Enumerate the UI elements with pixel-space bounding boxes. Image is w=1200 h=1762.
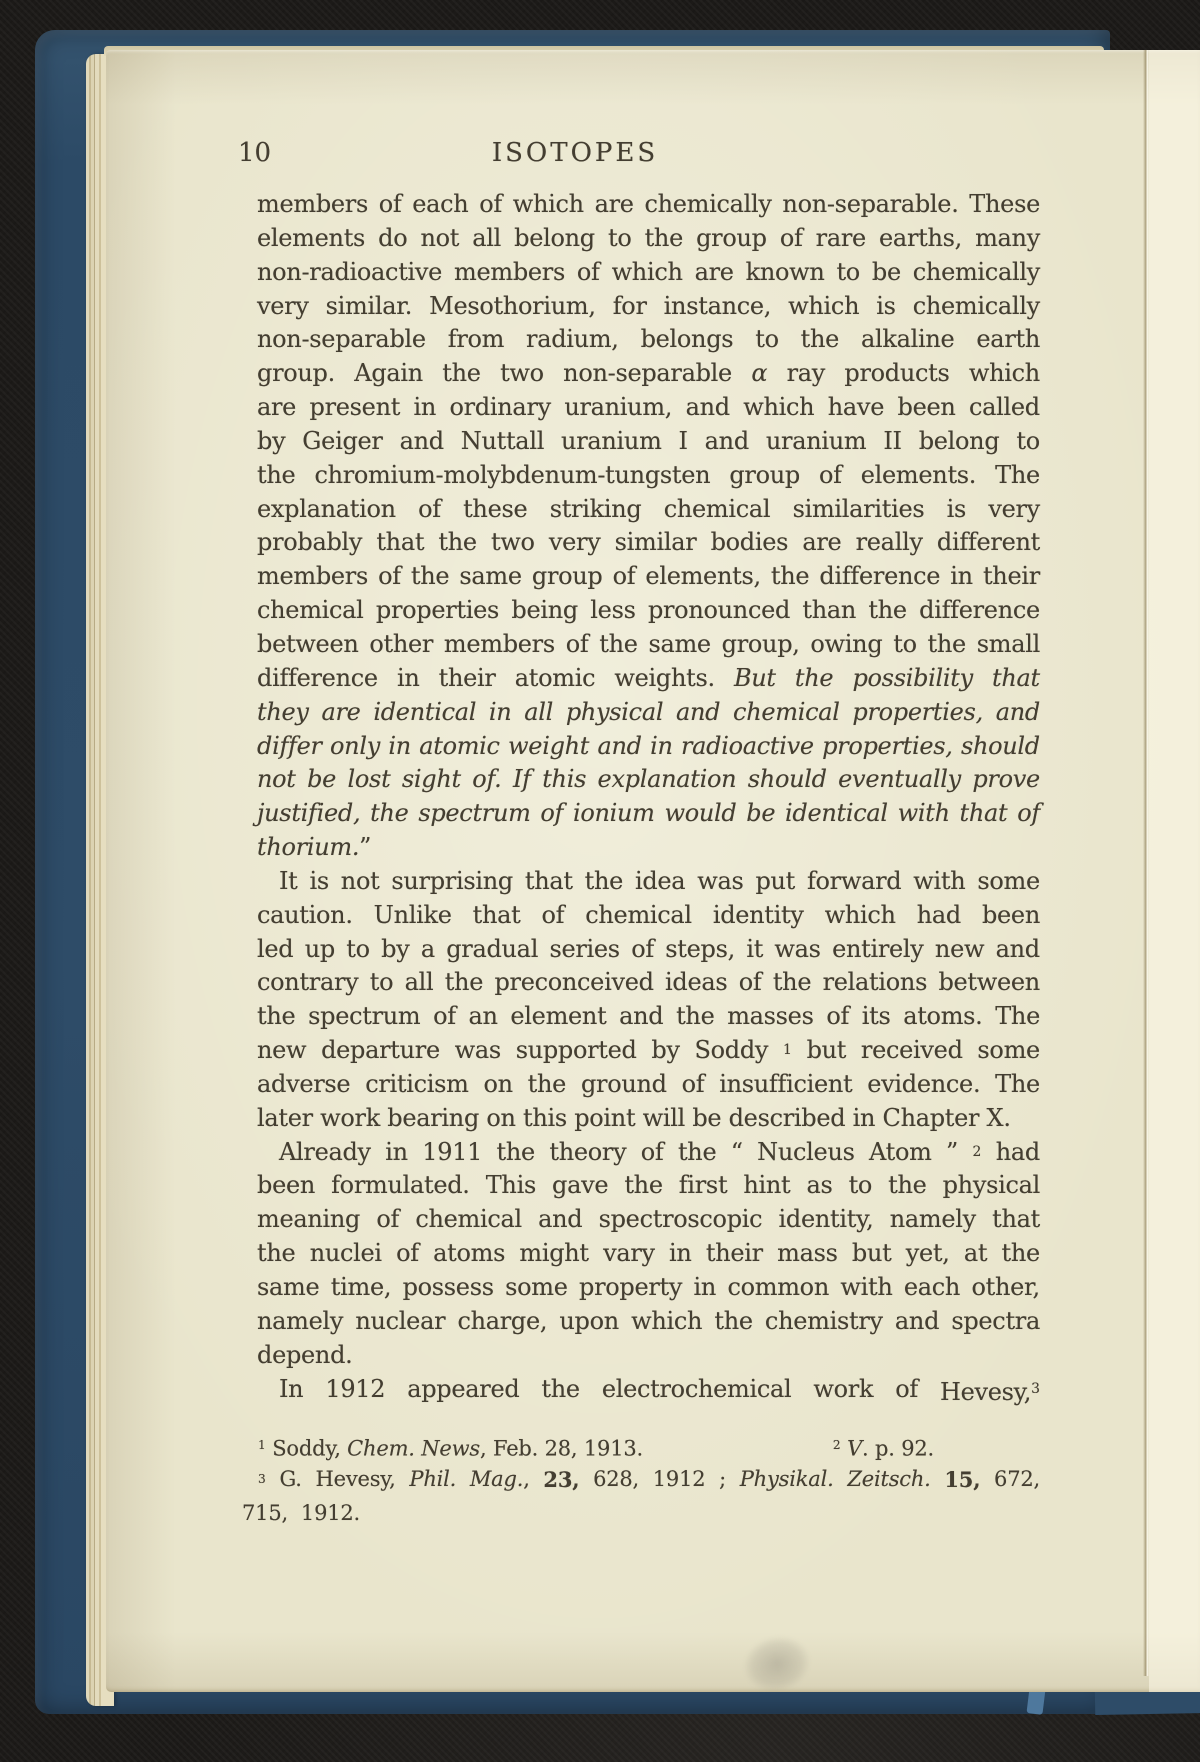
- paragraph: In1912appearedtheelectrochemicalworkofHe…: [257, 1373, 1040, 1407]
- text-line: notbelostsightof.Ifthisexplanationshould…: [257, 763, 1040, 797]
- running-title: ISOTOPES: [415, 136, 735, 170]
- text-line: verysimilar.Mesothorium,forinstance,whic…: [257, 290, 1040, 324]
- text-line: 3G.Hevesy,Phil.Mag.,23,628,1912;Physikal…: [242, 1463, 1040, 1497]
- text-line: caution.Unlikethatofchemicalidentitywhic…: [257, 899, 1040, 933]
- text-line: membersofeachofwhicharechemicallynon-sep…: [257, 188, 1040, 222]
- footnote-line: 1 Soddy, Chem. News, Feb. 28, 1913.2 V. …: [242, 1429, 1040, 1463]
- text-line: byGeigerandNuttalluraniumIanduraniumIIbe…: [257, 425, 1040, 459]
- text-line: newdeparturewassupportedbySoddy1butrecei…: [257, 1034, 1040, 1068]
- text-line: differenceintheiratomicweights.Butthepos…: [257, 662, 1040, 696]
- text-line: later work bearing on this point will be…: [257, 1102, 1040, 1136]
- paragraph: membersofeachofwhicharechemicallynon-sep…: [257, 188, 1040, 865]
- text-line: thorium.”: [257, 831, 1040, 865]
- text-line: namelynuclearcharge,uponwhichthechemistr…: [257, 1305, 1040, 1339]
- text-line: thechromium-molybdenum-tungstengroupofel…: [257, 459, 1040, 493]
- text-line: contrarytoallthepreconceivedideasofthere…: [257, 966, 1040, 1000]
- text-line: theyareidenticalinallphysicalandchemical…: [257, 696, 1040, 730]
- page-number: 10: [238, 136, 271, 170]
- text-line: beenformulated.Thisgavethefirsthintastot…: [257, 1169, 1040, 1203]
- text-line: explanationofthesestrikingchemicalsimila…: [257, 493, 1040, 527]
- text-line: group.Againthetwonon-separableαrayproduc…: [257, 357, 1040, 391]
- footnotes-block: 1 Soddy, Chem. News, Feb. 28, 1913.2 V. …: [242, 1429, 1040, 1531]
- text-line: justified,thespectrumofioniumwouldbeiden…: [257, 797, 1040, 831]
- text-line: adversecriticismonthegroundofinsufficien…: [257, 1068, 1040, 1102]
- photo-of-book-page: 10 ISOTOPES membersofeachofwhicharechemi…: [0, 0, 1200, 1762]
- text-line: Alreadyin1911thetheoryofthe“NucleusAtom”…: [257, 1136, 1040, 1170]
- text-line: Itisnotsurprisingthattheideawasputforwar…: [257, 865, 1040, 899]
- text-line: probablythatthetwoverysimilarbodiesarere…: [257, 526, 1040, 560]
- paragraph: Itisnotsurprisingthattheideawasputforwar…: [257, 865, 1040, 1136]
- text-line: differonlyinatomicweightandinradioactive…: [257, 730, 1040, 764]
- text-line: thespectrumofanelementandthemassesofitsa…: [257, 1000, 1040, 1034]
- text-line: meaningofchemicalandspectroscopicidentit…: [257, 1203, 1040, 1237]
- text-line: membersofthesamegroupofelements,thediffe…: [257, 560, 1040, 594]
- text-line: In1912appearedtheelectrochemicalworkofHe…: [257, 1373, 1040, 1407]
- page-crease: [1143, 50, 1149, 1676]
- text-line: sametime,possesssomepropertyincommonwith…: [257, 1271, 1040, 1305]
- text-line: 715, 1912.: [242, 1497, 1040, 1531]
- text-line: depend.: [257, 1339, 1040, 1373]
- text-line: non-radioactivemembersofwhichareknowntob…: [257, 256, 1040, 290]
- text-line: leduptobyagradualseriesofsteps,itwasenti…: [257, 933, 1040, 967]
- footnote-right: 2 V. p. 92.: [833, 1429, 934, 1466]
- text-line: betweenothermembersofthesamegroup,owingt…: [257, 628, 1040, 662]
- body-text-block: membersofeachofwhicharechemicallynon-sep…: [257, 188, 1040, 1406]
- text-line: thenucleiofatomsmightvaryintheirmassbuty…: [257, 1237, 1040, 1271]
- text-line: chemicalpropertiesbeinglesspronouncedtha…: [257, 594, 1040, 628]
- paragraph: Alreadyin1911thetheoryofthe“NucleusAtom”…: [257, 1136, 1040, 1373]
- text-line: elementsdonotallbelongtothegroupofrareea…: [257, 222, 1040, 256]
- underlying-leaf: [1149, 50, 1200, 1692]
- text-line: arepresentinordinaryuranium,andwhichhave…: [257, 391, 1040, 425]
- text-line: non-separablefromradium,belongstothealka…: [257, 323, 1040, 357]
